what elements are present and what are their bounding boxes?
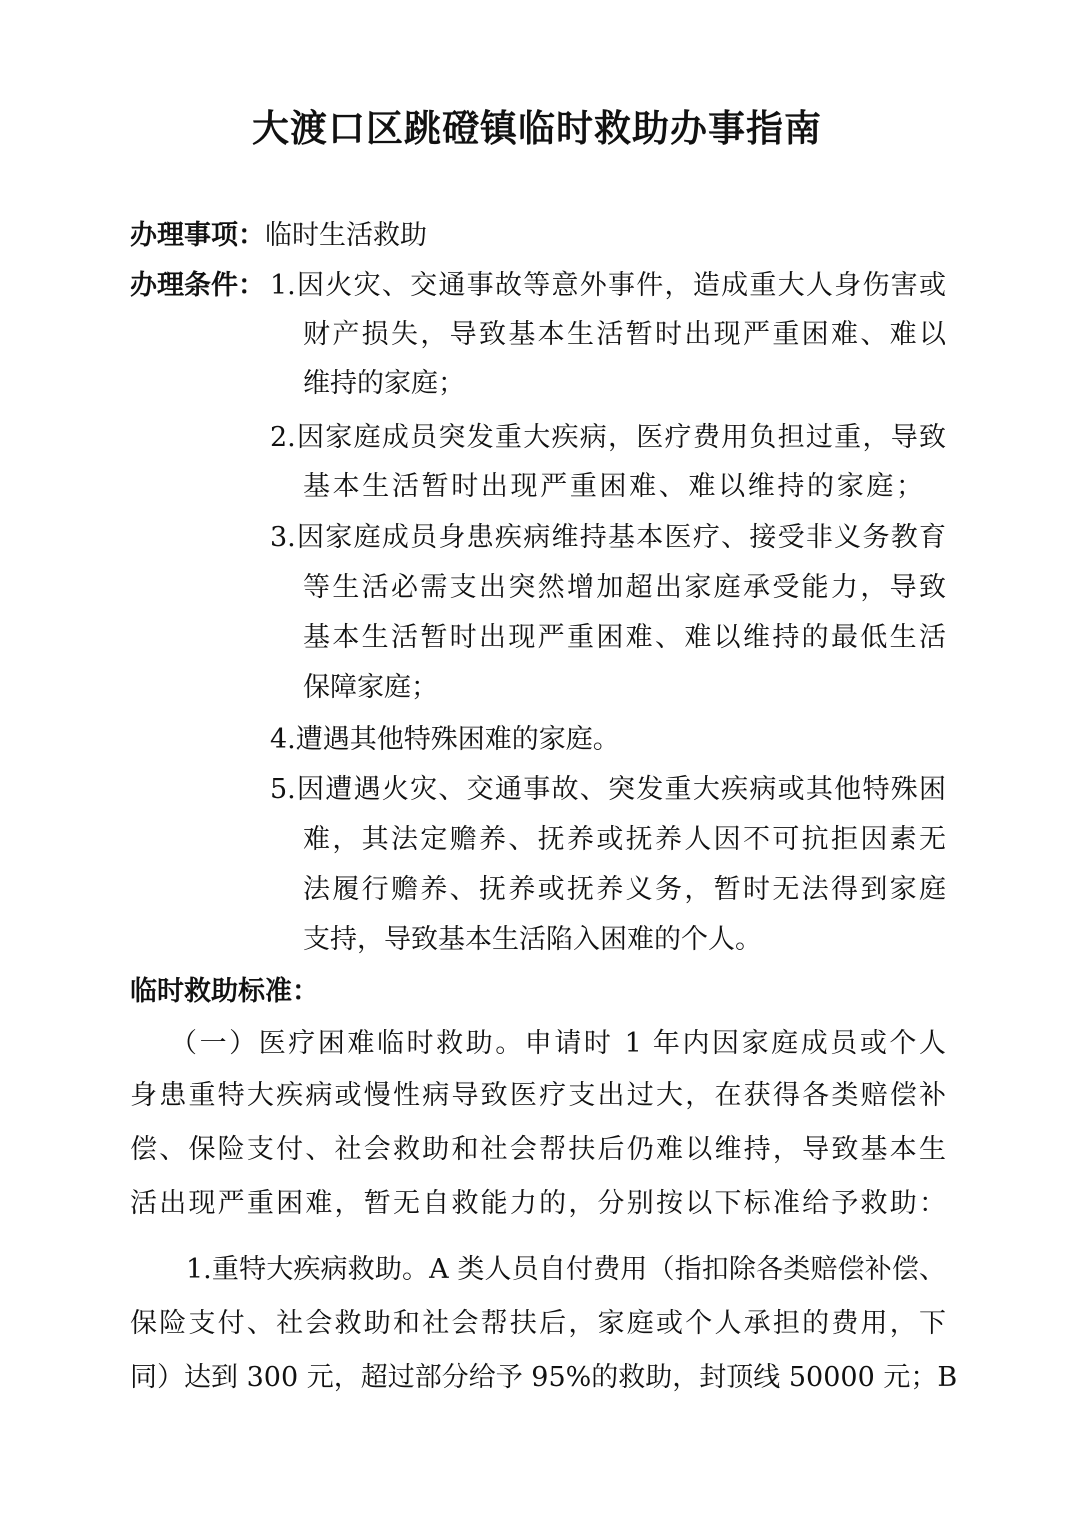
- standards-paragraph-line: 同）达到 300 元，超过部分给予 95%的救助，封顶线 50000 元；B: [130, 1358, 946, 1398]
- standards-paragraph-line: 身患重特大疾病或慢性病导致医疗支出过大，在获得各类赔偿补: [130, 1076, 946, 1116]
- condition-line: 4.遭遇其他特殊困难的家庭。: [270, 720, 620, 760]
- standards-paragraph-line: （一）医疗困难临时救助。申请时 1 年内因家庭成员或个人: [170, 1024, 946, 1064]
- condition-line: 3.因家庭成员身患疾病维持基本医疗、接受非义务教育: [270, 518, 946, 558]
- standards-label: 临时救助标准：: [130, 972, 319, 1012]
- item-label: 办理事项：: [130, 220, 265, 251]
- item-value: 临时生活救助: [265, 220, 427, 251]
- condition-line: 支持，导致基本生活陷入困难的个人。: [303, 920, 762, 960]
- condition-line: 2.因家庭成员突发重大疾病，医疗费用负担过重，导致: [270, 418, 946, 458]
- standards-paragraph-line: 保险支付、社会救助和社会帮扶后，家庭或个人承担的费用，下: [130, 1304, 946, 1344]
- condition-line: 1.因火灾、交通事故等意外事件，造成重大人身伤害或: [270, 266, 946, 306]
- conditions-label: 办理条件：: [130, 270, 265, 301]
- item-row: 办理事项：临时生活救助: [130, 216, 427, 256]
- conditions-row: 办理条件：: [130, 266, 265, 306]
- condition-line: 保障家庭；: [303, 668, 438, 708]
- standards-paragraph-line: 1.重特大疾病救助。A 类人员自付费用（指扣除各类赔偿补偿、: [186, 1250, 946, 1290]
- condition-line: 基本生活暂时出现严重困难、难以维持的家庭；: [303, 467, 923, 507]
- condition-line: 5.因遭遇火灾、交通事故、突发重大疾病或其他特殊困: [270, 770, 946, 810]
- condition-line: 维持的家庭；: [303, 364, 465, 404]
- condition-line: 等生活必需支出突然增加超出家庭承受能力，导致: [303, 568, 946, 608]
- standards-paragraph-line: 偿、保险支付、社会救助和社会帮扶后仍难以维持，导致基本生: [130, 1130, 946, 1170]
- condition-line: 基本生活暂时出现严重困难、难以维持的最低生活: [303, 618, 946, 658]
- condition-line: 财产损失，导致基本生活暂时出现严重困难、难以: [303, 315, 946, 355]
- standards-paragraph-line: 活出现严重困难，暂无自救能力的，分别按以下标准给予救助：: [130, 1184, 946, 1224]
- condition-line: 法履行赡养、抚养或抚养义务，暂时无法得到家庭: [303, 870, 946, 910]
- document-title: 大渡口区跳磴镇临时救助办事指南: [0, 104, 1074, 154]
- condition-line: 难，其法定赡养、抚养或抚养人因不可抗拒因素无: [303, 820, 946, 860]
